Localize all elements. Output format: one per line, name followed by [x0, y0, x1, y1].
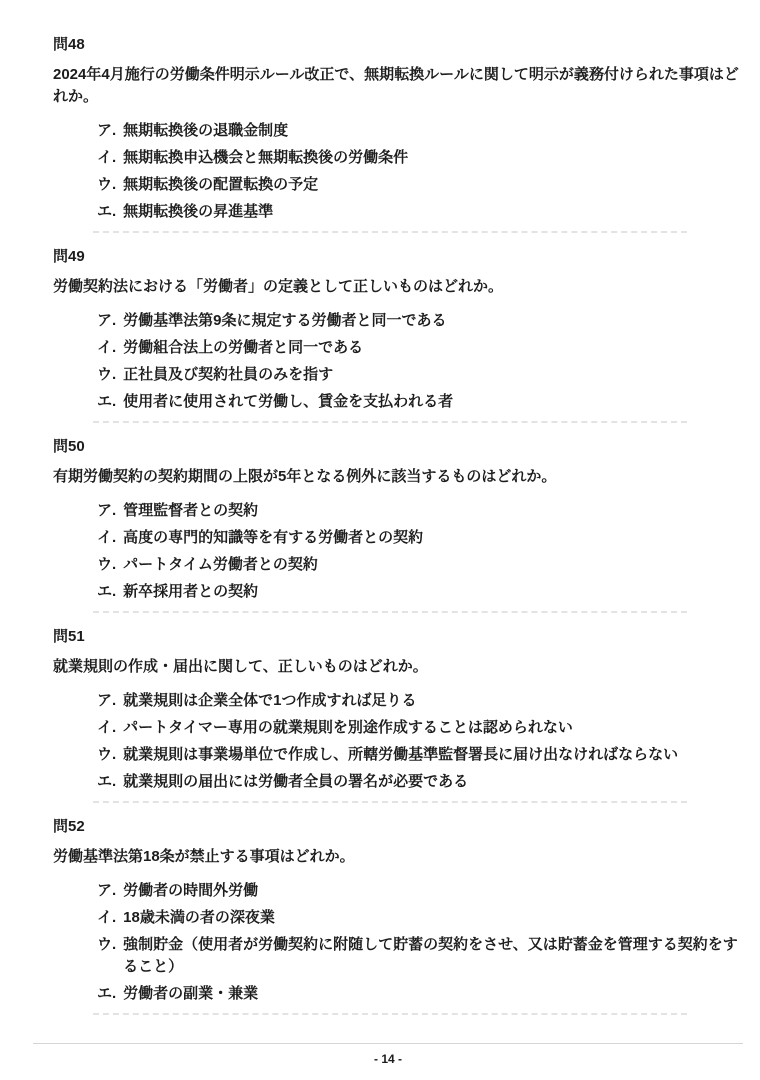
option-text: 無期転換後の退職金制度 — [123, 120, 742, 142]
option-item: ア. 労働基準法第9条に規定する労働者と同一である — [97, 310, 742, 332]
options-list: ア. 就業規則は企業全体で1つ作成すれば足りる イ. パートタイマー専用の就業規… — [53, 690, 742, 793]
option-item: エ. 無期転換後の昇進基準 — [97, 201, 742, 223]
option-label: ウ. — [97, 934, 116, 956]
options-list: ア. 無期転換後の退職金制度 イ. 無期転換申込機会と無期転換後の労働条件 ウ.… — [53, 120, 742, 223]
option-item: ウ. 就業規則は事業場単位で作成し、所轄労働基準監督署長に届け出なければならない — [97, 744, 742, 766]
option-text: パートタイム労働者との契約 — [123, 554, 742, 576]
question-separator — [93, 1013, 687, 1015]
option-label: イ. — [97, 147, 116, 169]
option-label: エ. — [97, 983, 116, 1005]
option-label: エ. — [97, 201, 116, 223]
document-page: 問48 2024年4月施行の労働条件明示ルール改正で、無期転換ルールに関して明示… — [0, 0, 760, 1015]
options-list: ア. 労働基準法第9条に規定する労働者と同一である イ. 労働組合法上の労働者と… — [53, 310, 742, 413]
question-text: 労働基準法第18条が禁止する事項はどれか。 — [53, 846, 742, 868]
option-label: エ. — [97, 771, 116, 793]
option-text: 正社員及び契約社員のみを指す — [123, 364, 742, 386]
option-text: 管理監督者との契約 — [123, 500, 742, 522]
option-label: イ. — [97, 907, 116, 929]
question-block: 問50 有期労働契約の契約期間の上限が5年となる例外に該当するものはどれか。 ア… — [53, 436, 742, 613]
option-item: エ. 労働者の副業・兼業 — [97, 983, 742, 1005]
option-item: ウ. パートタイム労働者との契約 — [97, 554, 742, 576]
option-text: パートタイマー専用の就業規則を別途作成することは認められない — [123, 717, 742, 739]
question-number: 問49 — [53, 246, 742, 268]
question-text: 2024年4月施行の労働条件明示ルール改正で、無期転換ルールに関して明示が義務付… — [53, 64, 742, 108]
option-text: 使用者に使用されて労働し、賃金を支払われる者 — [123, 391, 742, 413]
question-block: 問48 2024年4月施行の労働条件明示ルール改正で、無期転換ルールに関して明示… — [53, 34, 742, 233]
option-label: ア. — [97, 500, 116, 522]
option-item: ウ. 無期転換後の配置転換の予定 — [97, 174, 742, 196]
option-item: イ. 無期転換申込機会と無期転換後の労働条件 — [97, 147, 742, 169]
options-list: ア. 労働者の時間外労働 イ. 18歳未満の者の深夜業 ウ. 強制貯金（使用者が… — [53, 880, 742, 1005]
option-item: ア. 管理監督者との契約 — [97, 500, 742, 522]
option-item: イ. パートタイマー専用の就業規則を別途作成することは認められない — [97, 717, 742, 739]
option-item: エ. 就業規則の届出には労働者全員の署名が必要である — [97, 771, 742, 793]
options-list: ア. 管理監督者との契約 イ. 高度の専門的知識等を有する労働者との契約 ウ. … — [53, 500, 742, 603]
option-label: ア. — [97, 690, 116, 712]
option-item: ウ. 正社員及び契約社員のみを指す — [97, 364, 742, 386]
question-separator — [93, 231, 687, 233]
option-item: イ. 高度の専門的知識等を有する労働者との契約 — [97, 527, 742, 549]
option-label: ウ. — [97, 364, 116, 386]
option-text: 無期転換後の昇進基準 — [123, 201, 742, 223]
option-label: イ. — [97, 527, 116, 549]
page-footer: - 14 - — [33, 1043, 743, 1080]
option-item: ア. 就業規則は企業全体で1つ作成すれば足りる — [97, 690, 742, 712]
option-text: 18歳未満の者の深夜業 — [123, 907, 742, 929]
option-label: エ. — [97, 391, 116, 413]
option-text: 強制貯金（使用者が労働契約に附随して貯蓄の契約をさせ、又は貯蓄金を管理する契約を… — [123, 934, 742, 978]
option-label: ウ. — [97, 744, 116, 766]
question-separator — [93, 801, 687, 803]
option-item: エ. 使用者に使用されて労働し、賃金を支払われる者 — [97, 391, 742, 413]
option-item: ア. 無期転換後の退職金制度 — [97, 120, 742, 142]
option-text: 就業規則の届出には労働者全員の署名が必要である — [123, 771, 742, 793]
question-number: 問50 — [53, 436, 742, 458]
option-text: 労働組合法上の労働者と同一である — [123, 337, 742, 359]
option-item: ア. 労働者の時間外労働 — [97, 880, 742, 902]
option-text: 無期転換申込機会と無期転換後の労働条件 — [123, 147, 742, 169]
question-block: 問52 労働基準法第18条が禁止する事項はどれか。 ア. 労働者の時間外労働 イ… — [53, 816, 742, 1015]
option-text: 高度の専門的知識等を有する労働者との契約 — [123, 527, 742, 549]
questions-list: 問48 2024年4月施行の労働条件明示ルール改正で、無期転換ルールに関して明示… — [53, 34, 742, 1015]
option-text: 無期転換後の配置転換の予定 — [123, 174, 742, 196]
question-number: 問52 — [53, 816, 742, 838]
option-label: ア. — [97, 120, 116, 142]
option-label: イ. — [97, 337, 116, 359]
question-separator — [93, 421, 687, 423]
page-number: - 14 - — [33, 1044, 743, 1080]
option-label: エ. — [97, 581, 116, 603]
option-label: イ. — [97, 717, 116, 739]
question-text: 就業規則の作成・届出に関して、正しいものはどれか。 — [53, 656, 742, 678]
option-item: イ. 労働組合法上の労働者と同一である — [97, 337, 742, 359]
option-label: ア. — [97, 880, 116, 902]
option-item: ウ. 強制貯金（使用者が労働契約に附随して貯蓄の契約をさせ、又は貯蓄金を管理する… — [97, 934, 742, 978]
question-block: 問51 就業規則の作成・届出に関して、正しいものはどれか。 ア. 就業規則は企業… — [53, 626, 742, 803]
option-text: 新卒採用者との契約 — [123, 581, 742, 603]
option-text: 労働者の副業・兼業 — [123, 983, 742, 1005]
option-text: 就業規則は企業全体で1つ作成すれば足りる — [123, 690, 742, 712]
question-separator — [93, 611, 687, 613]
question-text: 有期労働契約の契約期間の上限が5年となる例外に該当するものはどれか。 — [53, 466, 742, 488]
option-text: 就業規則は事業場単位で作成し、所轄労働基準監督署長に届け出なければならない — [123, 744, 742, 766]
option-label: ウ. — [97, 174, 116, 196]
option-text: 労働基準法第9条に規定する労働者と同一である — [123, 310, 742, 332]
option-item: エ. 新卒採用者との契約 — [97, 581, 742, 603]
question-text: 労働契約法における「労働者」の定義として正しいものはどれか。 — [53, 276, 742, 298]
option-text: 労働者の時間外労働 — [123, 880, 742, 902]
option-label: ア. — [97, 310, 116, 332]
option-label: ウ. — [97, 554, 116, 576]
question-block: 問49 労働契約法における「労働者」の定義として正しいものはどれか。 ア. 労働… — [53, 246, 742, 423]
question-number: 問48 — [53, 34, 742, 56]
option-item: イ. 18歳未満の者の深夜業 — [97, 907, 742, 929]
question-number: 問51 — [53, 626, 742, 648]
